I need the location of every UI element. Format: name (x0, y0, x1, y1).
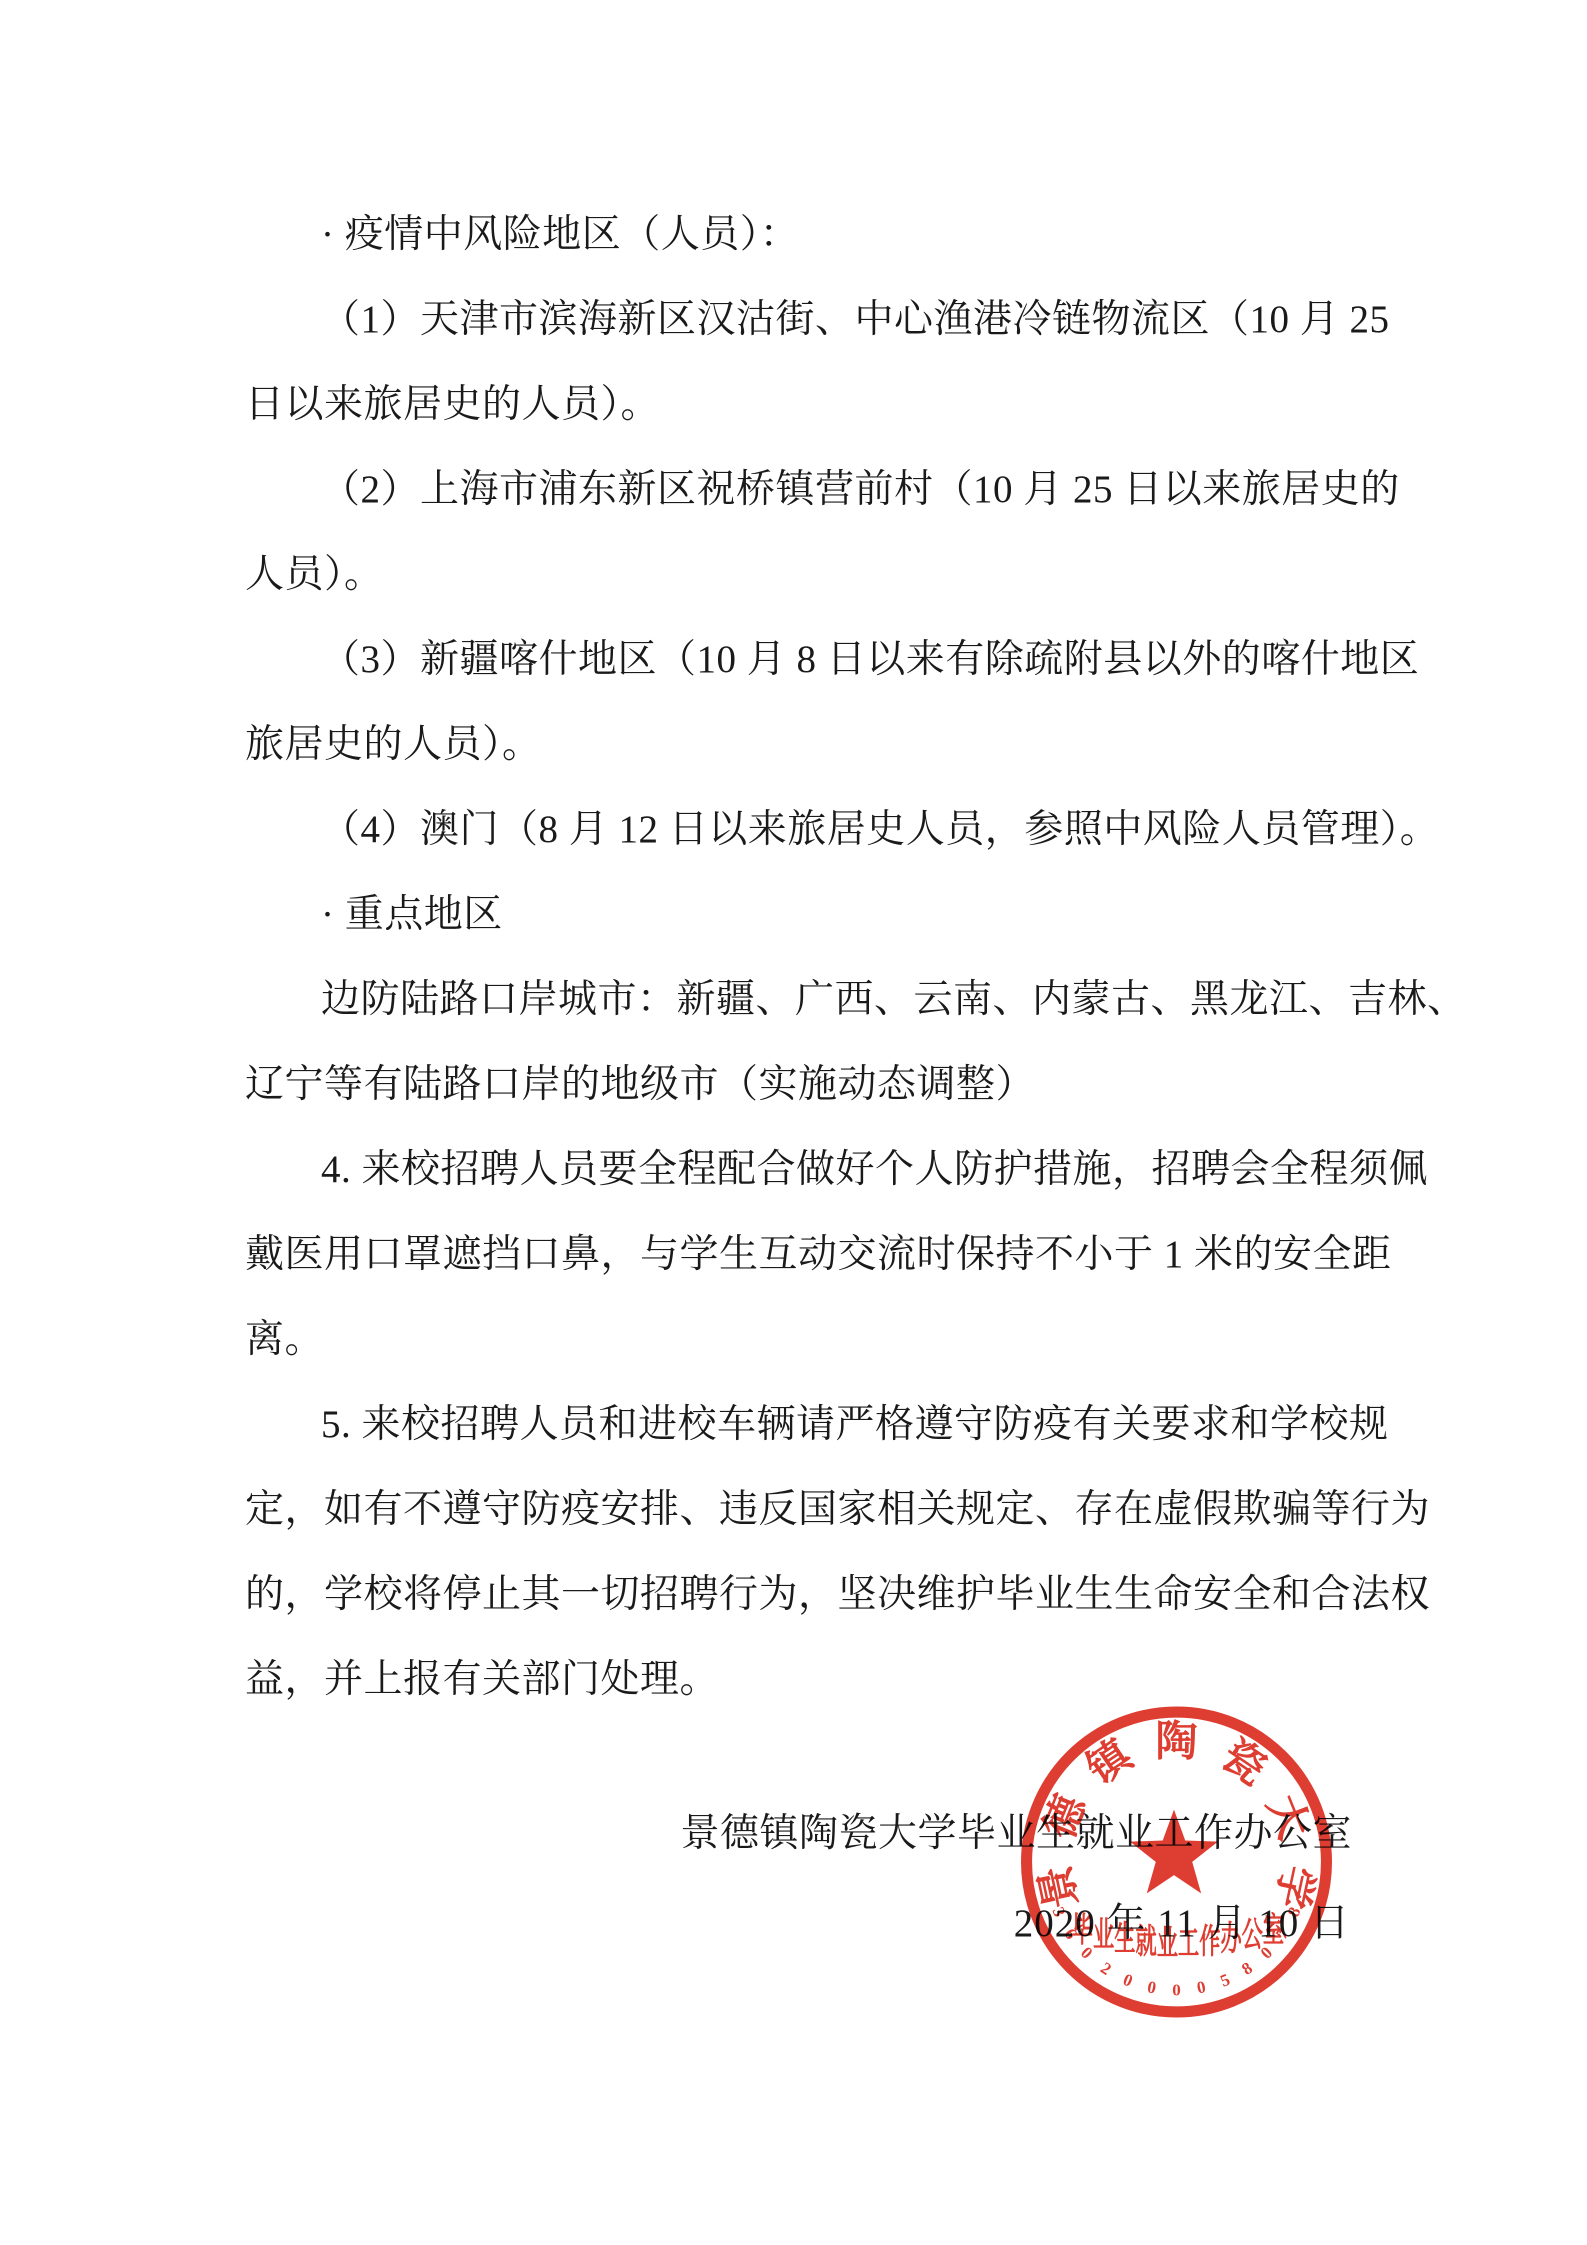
official-seal: 景德镇陶瓷大学 毕业生就业工作办公室 3602000058078 (1020, 1706, 1332, 2018)
text-line: 人员）。 (245, 532, 1355, 617)
svg-text:0: 0 (1172, 1980, 1181, 1999)
svg-text:2: 2 (1097, 1958, 1115, 1979)
seal-graphic: 景德镇陶瓷大学 毕业生就业工作办公室 3602000058078 (1020, 1706, 1332, 2018)
text-line: 旅居史的人员）。 (245, 702, 1355, 787)
text-line: 离。 (245, 1297, 1355, 1382)
svg-text:工: 工 (1178, 1926, 1199, 1963)
text-line: 的，学校将停止其一切招聘行为，坚决维护毕业生生命安全和合法权 (245, 1552, 1355, 1637)
svg-text:0: 0 (1146, 1977, 1158, 1997)
svg-text:8: 8 (1238, 1958, 1256, 1979)
text-line: （4）澳门（8 月 12 日以来旅居史人员，参照中风险人员管理）。 (245, 787, 1355, 872)
seal-office-arc-text: 毕业生就业工作办公室 (1072, 1912, 1284, 1963)
svg-text:作: 作 (1199, 1923, 1221, 1961)
text-line: · 疫情中风险地区（人员）： (245, 192, 1355, 277)
text-line: 5. 来校招聘人员和进校车辆请严格遵守防疫有关要求和学校规 (245, 1382, 1355, 1467)
seal-star-icon (1130, 1810, 1218, 1894)
svg-text:陶: 陶 (1155, 1719, 1197, 1766)
svg-text:就: 就 (1135, 1923, 1157, 1961)
text-line: （2）上海市浦东新区祝桥镇营前村（10 月 25 日以来旅居史的 (245, 447, 1355, 532)
document-page: · 疫情中风险地区（人员）：（1）天津市滨海新区汉沽街、中心渔港冷链物流区（10… (0, 0, 1587, 2245)
svg-text:生: 生 (1114, 1920, 1135, 1958)
text-line: · 重点地区 (245, 872, 1355, 957)
text-line: （3）新疆喀什地区（10 月 8 日以来有除疏附县以外的喀什地区 (245, 617, 1355, 702)
svg-text:办: 办 (1220, 1920, 1242, 1958)
svg-text:0: 0 (1195, 1977, 1207, 1997)
text-line: 边防陆路口岸城市：新疆、广西、云南、内蒙古、黑龙江、吉林、 (245, 957, 1355, 1042)
text-line: 定，如有不遵守防疫安排、违反国家相关规定、存在虚假欺骗等行为 (245, 1467, 1355, 1552)
body-text: · 疫情中风险地区（人员）：（1）天津市滨海新区汉沽街、中心渔港冷链物流区（10… (245, 192, 1355, 1722)
svg-text:业: 业 (1157, 1924, 1179, 1962)
text-line: 日以来旅居史的人员）。 (245, 362, 1355, 447)
svg-text:0: 0 (1120, 1970, 1135, 1991)
svg-text:学: 学 (1266, 1861, 1321, 1912)
text-line: 4. 来校招聘人员要全程配合做好个人防护措施，招聘会全程须佩 (245, 1127, 1355, 1212)
text-line: 戴医用口罩遮挡口鼻，与学生互动交流时保持不小于 1 米的安全距 (245, 1212, 1355, 1297)
svg-text:5: 5 (1218, 1970, 1233, 1991)
svg-text:景: 景 (1032, 1861, 1087, 1912)
text-line: （1）天津市滨海新区汉沽街、中心渔港冷链物流区（10 月 25 (245, 277, 1355, 362)
text-line: 辽宁等有陆路口岸的地级市（实施动态调整） (245, 1042, 1355, 1127)
